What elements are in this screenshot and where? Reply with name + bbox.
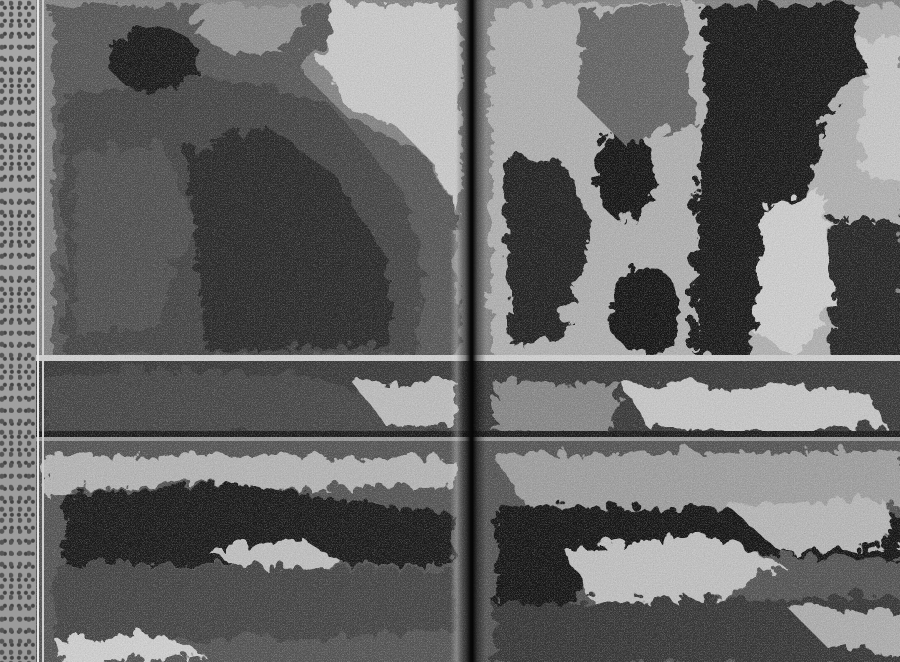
book-gutter bbox=[456, 0, 486, 662]
frame-line bbox=[42, 0, 44, 662]
frame-line bbox=[37, 0, 39, 662]
wall-photograph bbox=[0, 0, 900, 662]
page-margin bbox=[0, 0, 36, 662]
